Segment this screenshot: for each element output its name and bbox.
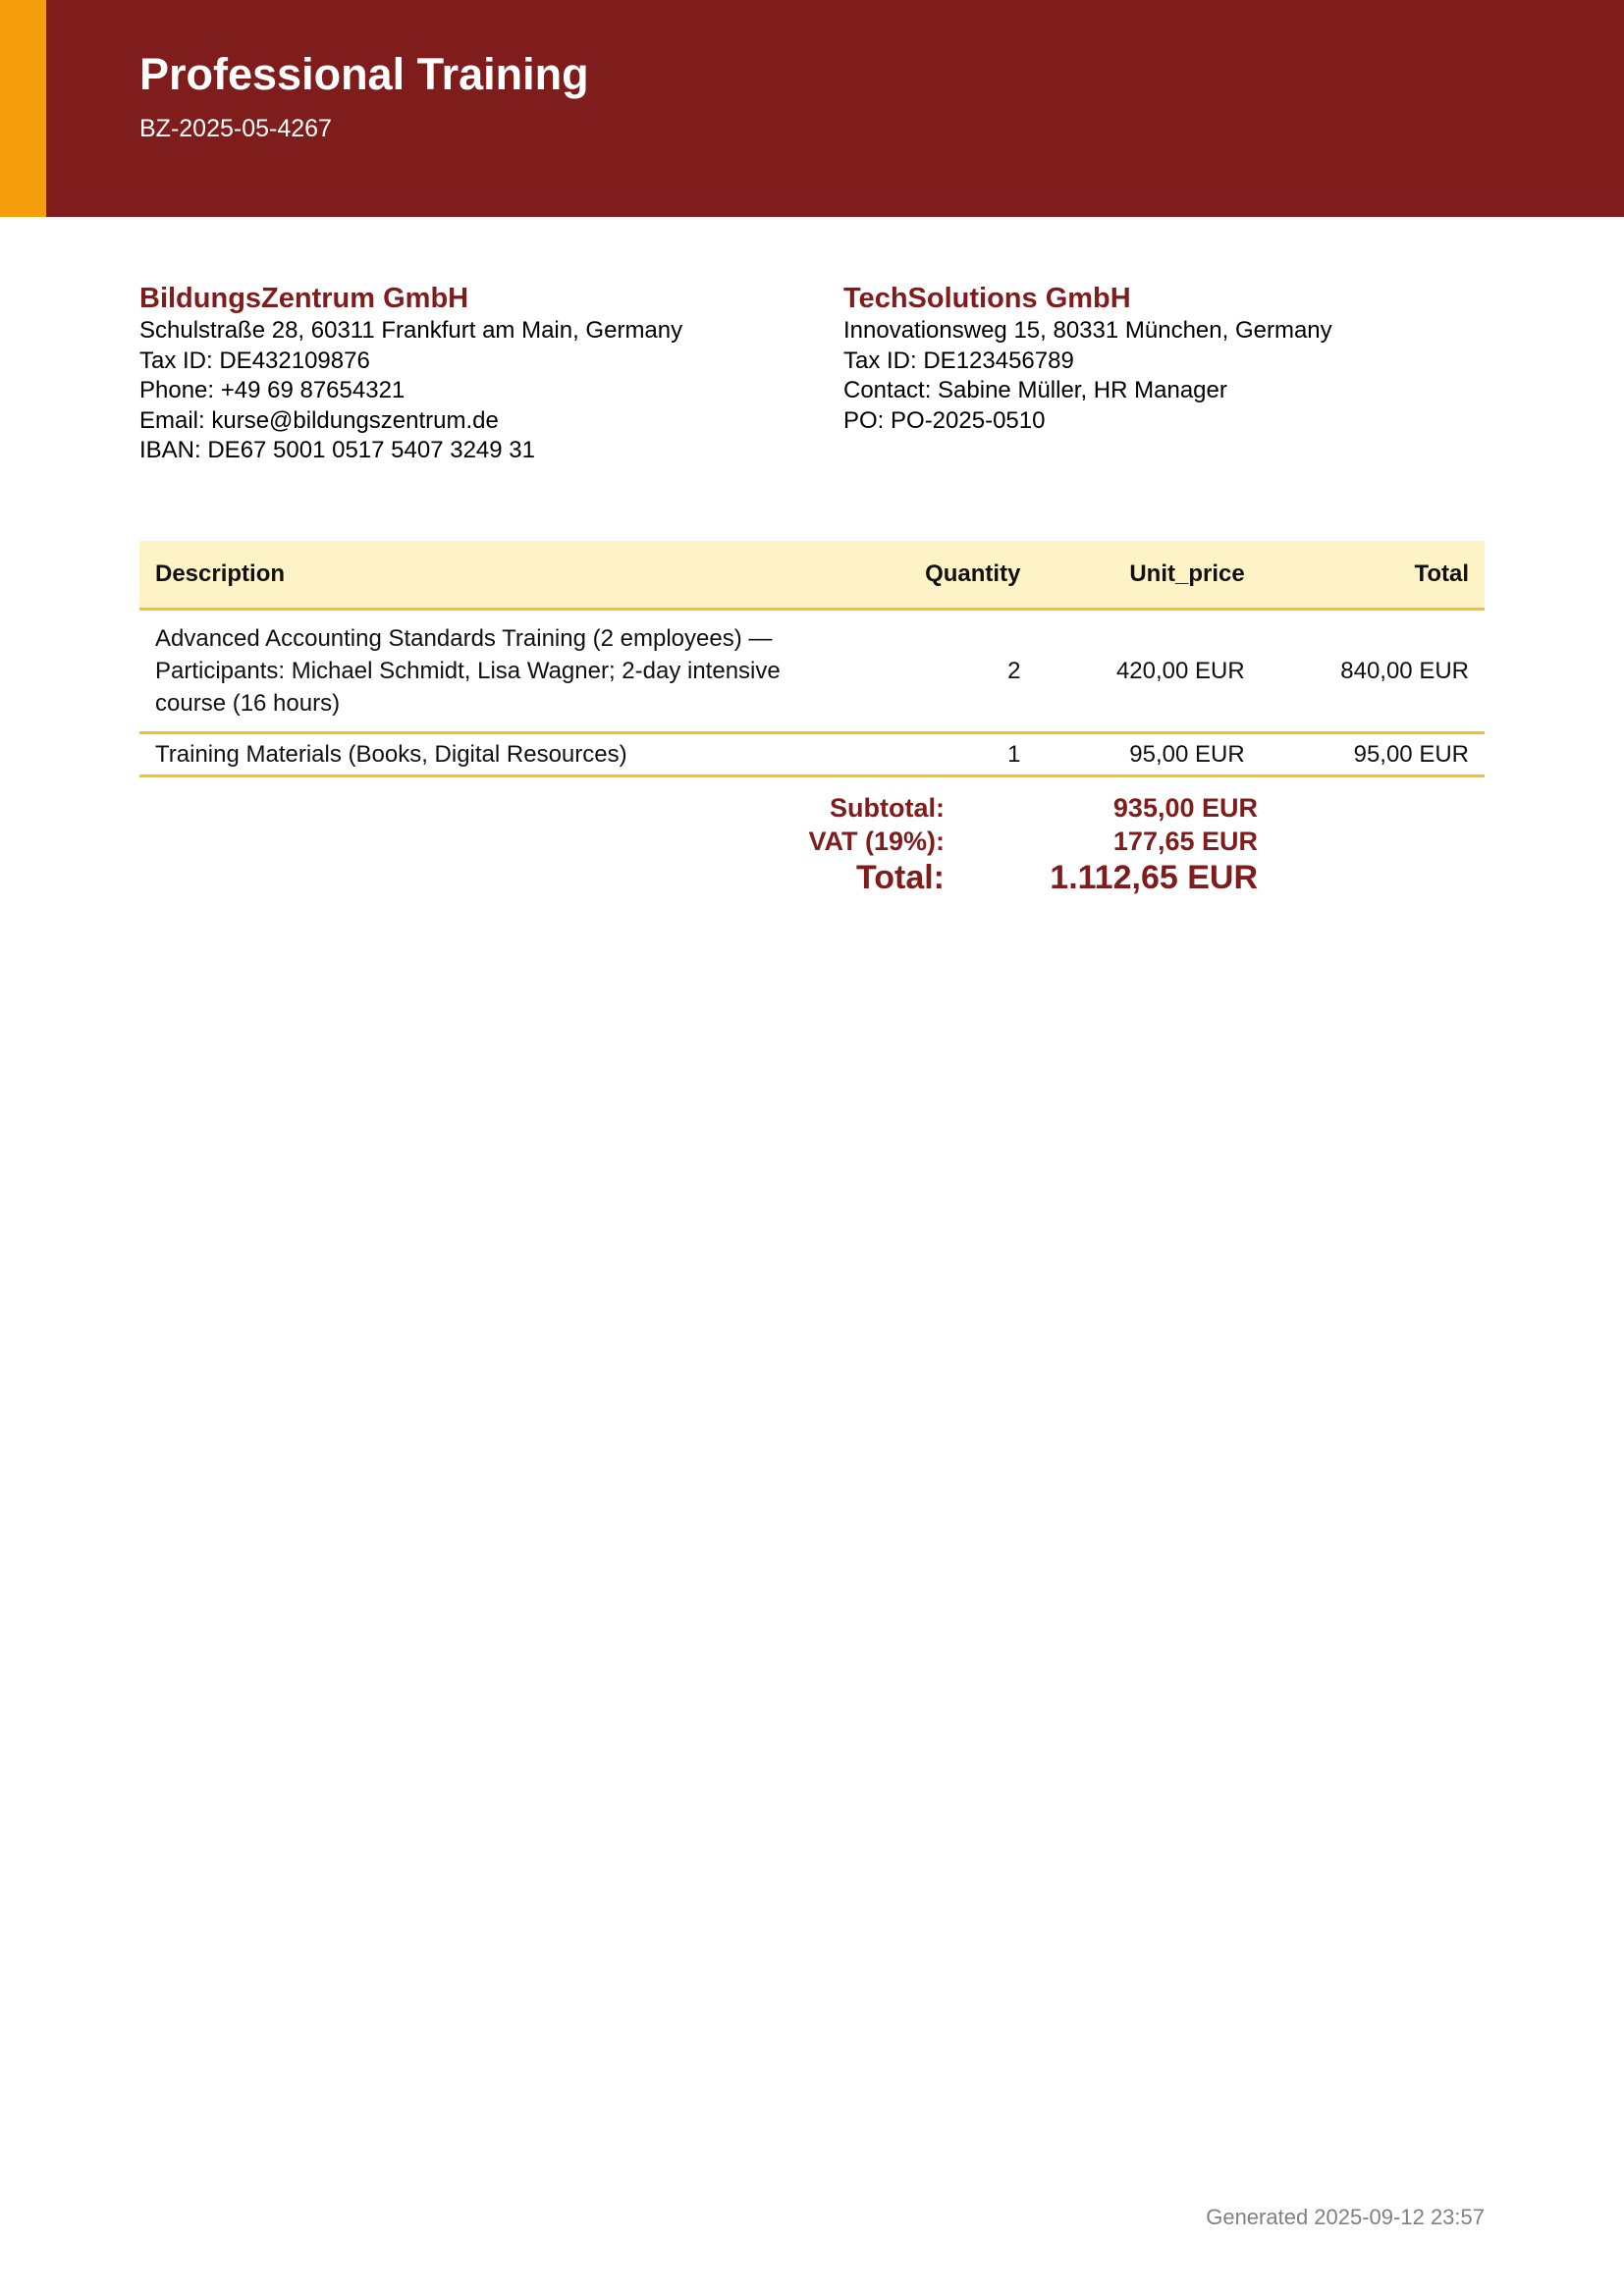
header-accent-bar	[0, 0, 46, 217]
seller-tax-id: Tax ID: DE432109876	[139, 347, 682, 377]
buyer-block: TechSolutions GmbH Innovationsweg 15, 80…	[843, 281, 1332, 436]
row-description: Training Materials (Books, Digital Resou…	[139, 733, 858, 776]
document-header: Professional Training BZ-2025-05-4267	[0, 0, 1624, 217]
seller-address: Schulstraße 28, 60311 Frankfurt am Main,…	[139, 316, 682, 347]
vat-row: VAT (19%): 177,65 EUR	[687, 825, 1258, 858]
header-unit-price: Unit_price	[1036, 541, 1260, 610]
buyer-address: Innovationsweg 15, 80331 München, German…	[843, 316, 1332, 347]
buyer-name: TechSolutions GmbH	[843, 281, 1332, 316]
seller-email: Email: kurse@bildungszentrum.de	[139, 406, 682, 437]
buyer-tax-id: Tax ID: DE123456789	[843, 347, 1332, 377]
header-description: Description	[139, 541, 858, 610]
seller-phone: Phone: +49 69 87654321	[139, 376, 682, 406]
row-total: 840,00 EUR	[1261, 610, 1485, 733]
buyer-po: PO: PO-2025-0510	[843, 406, 1332, 437]
row-description: Advanced Accounting Standards Training (…	[139, 610, 858, 733]
vat-value: 177,65 EUR	[945, 825, 1258, 858]
totals-block: Subtotal: 935,00 EUR VAT (19%): 177,65 E…	[687, 791, 1258, 897]
table-header-row: Description Quantity Unit_price Total	[139, 541, 1485, 610]
document-title: Professional Training	[139, 49, 589, 100]
seller-iban: IBAN: DE67 5001 0517 5407 3249 31	[139, 436, 682, 466]
row-total: 95,00 EUR	[1261, 733, 1485, 776]
table-row: Training Materials (Books, Digital Resou…	[139, 733, 1485, 776]
header-total: Total	[1261, 541, 1485, 610]
row-quantity: 2	[858, 610, 1036, 733]
seller-block: BildungsZentrum GmbH Schulstraße 28, 603…	[139, 281, 682, 466]
row-quantity: 1	[858, 733, 1036, 776]
subtotal-label: Subtotal:	[687, 791, 945, 825]
buyer-contact: Contact: Sabine Müller, HR Manager	[843, 376, 1332, 406]
document-number: BZ-2025-05-4267	[139, 115, 332, 143]
grand-total-value: 1.112,65 EUR	[945, 858, 1258, 897]
row-unit-price: 95,00 EUR	[1036, 733, 1260, 776]
vat-label: VAT (19%):	[687, 825, 945, 858]
subtotal-value: 935,00 EUR	[945, 791, 1258, 825]
seller-name: BildungsZentrum GmbH	[139, 281, 682, 316]
grand-total-label: Total:	[687, 858, 945, 897]
row-unit-price: 420,00 EUR	[1036, 610, 1260, 733]
subtotal-row: Subtotal: 935,00 EUR	[687, 791, 1258, 825]
table-row: Advanced Accounting Standards Training (…	[139, 610, 1485, 733]
header-quantity: Quantity	[858, 541, 1036, 610]
line-items-table: Description Quantity Unit_price Total Ad…	[139, 541, 1485, 777]
generated-timestamp: Generated 2025-09-12 23:57	[1206, 2205, 1485, 2230]
grand-total-row: Total: 1.112,65 EUR	[687, 858, 1258, 897]
